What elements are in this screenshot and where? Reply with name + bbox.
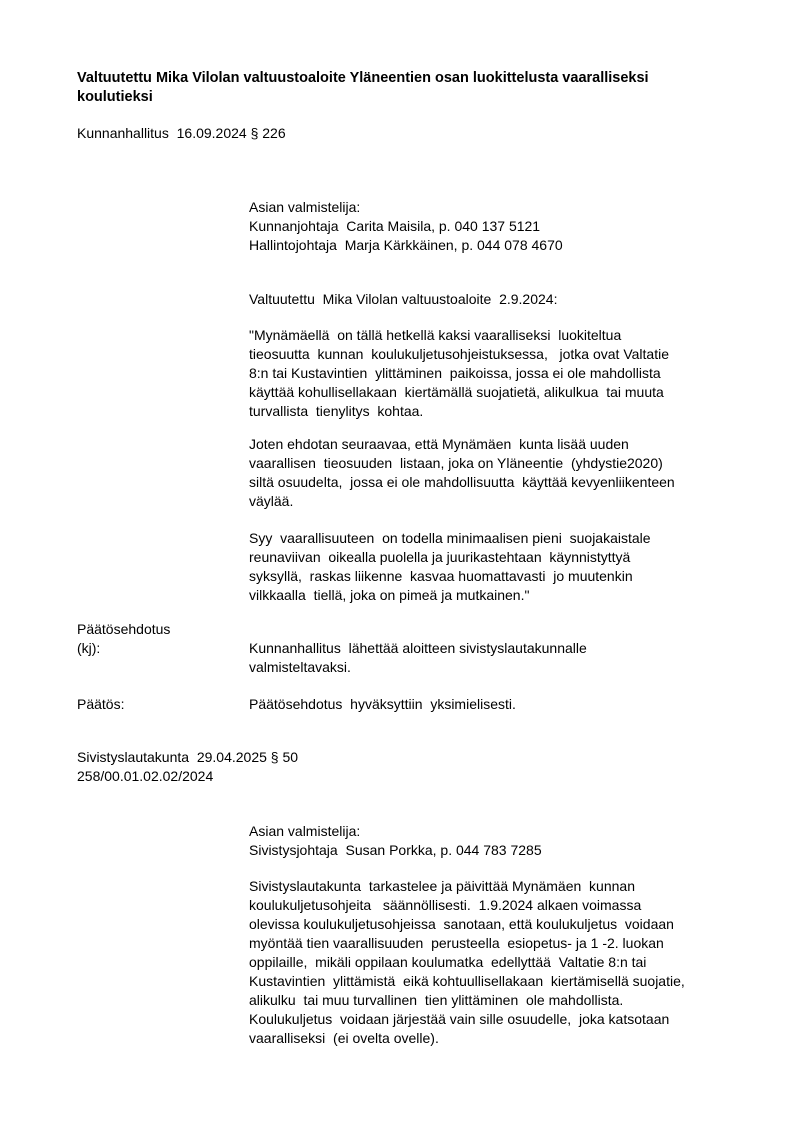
reference-number: 258/00.01.02.02/2024	[77, 767, 213, 786]
meeting-header-sivistyslautakunta: Sivistyslautakunta 29.04.2025 § 50	[77, 748, 298, 767]
text-line: turvallista tienylitys kohtaa.	[249, 402, 739, 421]
preparer-block-1: Asian valmistelija: Kunnanjohtaja Carita…	[249, 198, 739, 255]
text-line: Sivistyslautakunta tarkastelee ja päivit…	[249, 877, 739, 896]
initiative-heading: Valtuutettu Mika Vilolan valtuustoaloite…	[249, 290, 557, 309]
text-line: siltä osuudelta, jossa ei ole mahdollisu…	[249, 473, 739, 492]
text-line: Joten ehdotan seuraavaa, että Mynämäen k…	[249, 435, 739, 454]
text-line: valmisteltavaksi.	[249, 658, 739, 677]
text-line: olevissa koulukuljetusohjeissa sanotaan,…	[249, 915, 739, 934]
preparer-name: Sivistysjohtaja Susan Porkka, p. 044 783…	[249, 841, 739, 860]
preparer-name: Kunnanjohtaja Carita Maisila, p. 040 137…	[249, 217, 739, 236]
proposal-label-kj: (kj):	[77, 639, 100, 658]
text-line: tieosuutta kunnan koulukuljetusohjeistuk…	[249, 345, 739, 364]
initiative-paragraph-1: "Mynämäellä on tällä hetkellä kaksi vaar…	[249, 326, 739, 421]
text-line: myöntää tien vaarallisuuden perusteella …	[249, 934, 739, 953]
text-line: oppilaille, mikäli oppilaan koulumatka e…	[249, 953, 739, 972]
text-line: väylää.	[249, 492, 739, 511]
board-paragraph-1: Sivistyslautakunta tarkastelee ja päivit…	[249, 877, 739, 1048]
proposal-label: Päätösehdotus	[77, 620, 170, 639]
preparer-name: Hallintojohtaja Marja Kärkkäinen, p. 044…	[249, 236, 739, 255]
preparer-label: Asian valmistelija:	[249, 822, 739, 841]
text-line: "Mynämäellä on tällä hetkellä kaksi vaar…	[249, 326, 739, 345]
text-line: käyttää kohullisellakaan kiertämällä suo…	[249, 383, 739, 402]
text-line: 8:n tai Kustavintien ylittäminen paikois…	[249, 364, 739, 383]
text-line: alikulku tai muu turvallinen tien ylittä…	[249, 991, 739, 1010]
text-line: Kunnanhallitus lähettää aloitteen sivist…	[249, 639, 739, 658]
proposal-text: Kunnanhallitus lähettää aloitteen sivist…	[249, 639, 739, 677]
text-line: koulukuljetusohjeita säännöllisesti. 1.9…	[249, 896, 739, 915]
text-line: reunaviivan oikealla puolella ja juurika…	[249, 548, 739, 567]
decision-text: Päätösehdotus hyväksyttiin yksimielisest…	[249, 695, 516, 714]
document-title: Valtuutettu Mika Vilolan valtuustoaloite…	[77, 69, 727, 107]
decision-label: Päätös:	[77, 695, 124, 714]
initiative-paragraph-3: Syy vaarallisuuteen on todella minimaali…	[249, 529, 739, 605]
text-line: Syy vaarallisuuteen on todella minimaali…	[249, 529, 739, 548]
text-line: vaarallisen tieosuuden listaan, joka on …	[249, 454, 739, 473]
meeting-header-kunnanhallitus: Kunnanhallitus 16.09.2024 § 226	[77, 124, 286, 143]
text-line: syksyllä, raskas liikenne kasvaa huomatt…	[249, 567, 739, 586]
text-line: vilkkaalla tiellä, joka on pimeä ja mutk…	[249, 586, 739, 605]
text-line: Kustavintien ylittämistä eikä kohtuullis…	[249, 972, 739, 991]
preparer-block-2: Asian valmistelija: Sivistysjohtaja Susa…	[249, 822, 739, 860]
text-line: Koulukuljetus voidaan järjestää vain sil…	[249, 1010, 739, 1029]
preparer-label: Asian valmistelija:	[249, 198, 739, 217]
text-line: vaaralliseksi (ei ovelta ovelle).	[249, 1029, 739, 1048]
initiative-paragraph-2: Joten ehdotan seuraavaa, että Mynämäen k…	[249, 435, 739, 511]
